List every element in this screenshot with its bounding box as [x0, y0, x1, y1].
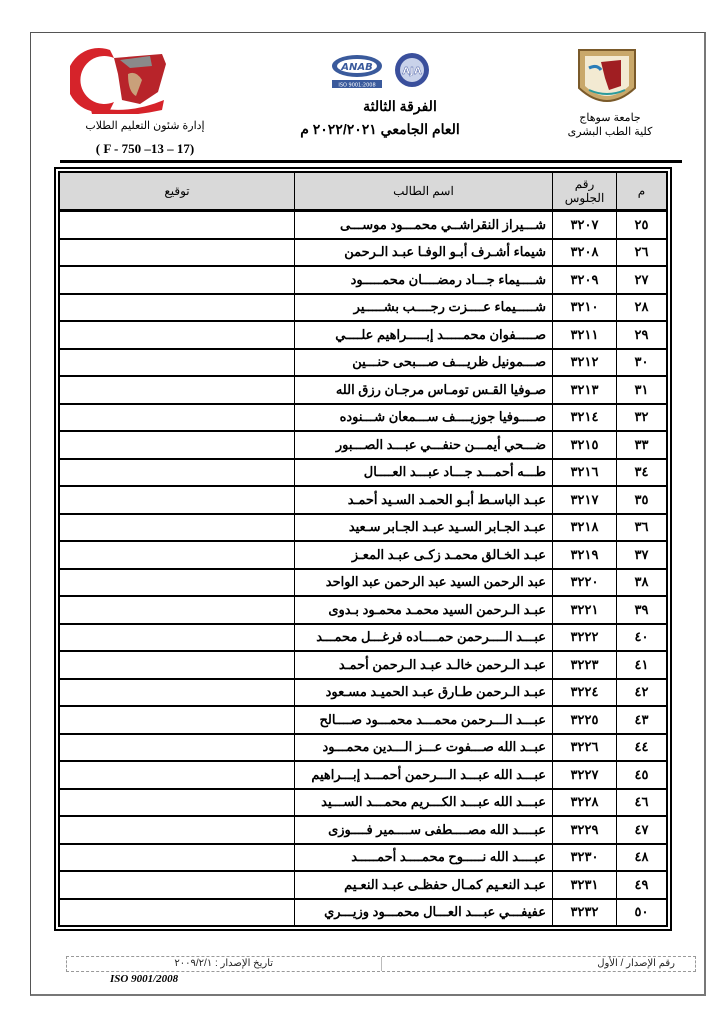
students-table: م رقم الجلوس اسم الطالب توقيع ٢٥٣٢٠٧شـــ… — [55, 168, 671, 930]
row-index: ٤٤ — [617, 734, 667, 762]
signature-cell[interactable] — [60, 486, 295, 514]
table-row: ٢٩٣٢١١صـــــفوان محمـــــد إبـــــراهيم … — [60, 321, 667, 349]
student-name: عبــد الله صـــفوت عـــز الـــدين محمـــ… — [295, 734, 553, 762]
seat-number: ٣٢١٧ — [553, 486, 617, 514]
seat-number: ٣٢٣٠ — [553, 844, 617, 872]
seat-number: ٣٢٠٨ — [553, 239, 617, 267]
signature-cell[interactable] — [60, 404, 295, 432]
signature-cell[interactable] — [60, 761, 295, 789]
student-name: عبـــد الله عبـــد الكـــريم محمـــد الس… — [295, 789, 553, 817]
department-name: إدارة شئون التعليم الطلاب — [60, 119, 230, 132]
table-row: ٥٠٣٢٣٢عفيفـــي عبـــد العـــال محمـــود … — [60, 899, 667, 926]
student-name: عبـد النعـيم كمـال حفظـى عبـد النعـيم — [295, 871, 553, 899]
student-name: ضـــحي أيمـــن حنفـــي عبـــد الصـــبور — [295, 431, 553, 459]
col-index-header: م — [617, 173, 667, 211]
svg-text:ANAB: ANAB — [340, 62, 372, 73]
row-index: ٢٦ — [617, 239, 667, 267]
student-name: عبـــد الــــرحمن حمــــاده فرغـــل محمـ… — [295, 624, 553, 652]
svg-text:جامعة سوهاج: جامعة سوهاج — [111, 46, 156, 55]
seat-number: ٣٢١١ — [553, 321, 617, 349]
svg-text:AJA: AJA — [402, 66, 421, 77]
seat-number: ٣٢١٤ — [553, 404, 617, 432]
signature-cell[interactable] — [60, 899, 295, 926]
seat-number: ٣٢١٩ — [553, 541, 617, 569]
signature-cell[interactable] — [60, 651, 295, 679]
university-seal — [571, 42, 643, 114]
student-name: عبـد الباسـط أبـو الحمـد السـيد أحمـد — [295, 486, 553, 514]
header-divider — [60, 160, 682, 163]
student-name: صــــوفيا جوزيــــف ســـمعان شـــنوده — [295, 404, 553, 432]
signature-cell[interactable] — [60, 734, 295, 762]
table-row: ٣٧٣٢١٩عبـد الخـالق محمـد زكـى عبـد المعـ… — [60, 541, 667, 569]
accreditation-badges: ANAB ISO 9001:2008 AJA — [330, 52, 440, 92]
table-row: ٣٨٣٢٢٠عبد الرحمن السيد عبد الرحمن عبد ال… — [60, 569, 667, 597]
seat-number: ٣٢٢٩ — [553, 816, 617, 844]
student-name: شـــيراز النقراشــي محمـــود موســـى — [295, 211, 553, 239]
table-row: ٤١٣٢٢٣عبـد الـرحمن خالـد عبـد الـرحمن أح… — [60, 651, 667, 679]
signature-cell[interactable] — [60, 349, 295, 377]
seat-number: ٣٢١٦ — [553, 459, 617, 487]
row-index: ٣٩ — [617, 596, 667, 624]
table-row: ٣٢٣٢١٤صــــوفيا جوزيــــف ســـمعان شـــن… — [60, 404, 667, 432]
signature-cell[interactable] — [60, 541, 295, 569]
iso-label: ISO 9001/2008 — [110, 973, 178, 985]
signature-cell[interactable] — [60, 294, 295, 322]
row-index: ٢٨ — [617, 294, 667, 322]
seat-number: ٣٢٢٦ — [553, 734, 617, 762]
seat-number: ٣٢٣١ — [553, 871, 617, 899]
student-name: صـــمونيل ظريـــف صـــبحى حنـــين — [295, 349, 553, 377]
student-name: عبـــد الله عبـــد الـــرحمن أحمـــد إبـ… — [295, 761, 553, 789]
seat-number: ٣٢٣٢ — [553, 899, 617, 926]
form-code: ( F - 750 –13 – 17) — [60, 141, 230, 157]
signature-cell[interactable] — [60, 239, 295, 267]
student-name: عبـد الجـابر السـيد عبـد الجـابر سـعيد — [295, 514, 553, 542]
signature-cell[interactable] — [60, 789, 295, 817]
row-index: ٣٥ — [617, 486, 667, 514]
row-index: ٤٥ — [617, 761, 667, 789]
student-name: عبــــد الله مصــــطفى ســــمير فــــوزى — [295, 816, 553, 844]
faculty-logo: جامعة سوهاج — [70, 44, 182, 114]
row-index: ٤٧ — [617, 816, 667, 844]
seat-number: ٣٢٢٥ — [553, 706, 617, 734]
seat-number: ٣٢١٨ — [553, 514, 617, 542]
row-index: ٢٥ — [617, 211, 667, 239]
document-footer: رقم الإصدار / الأول تاريخ الإصدار : ٢٠٠٩… — [66, 956, 696, 972]
seat-header-line1: رقم — [553, 177, 616, 191]
table-row: ٣١٣٢١٣صـوفيا القـس تومـاس مرجـان رزق الل… — [60, 376, 667, 404]
col-signature-header: توقيع — [60, 173, 295, 211]
seat-number: ٣٢٢١ — [553, 596, 617, 624]
seat-number: ٣٢١٢ — [553, 349, 617, 377]
row-index: ٣٦ — [617, 514, 667, 542]
row-index: ٤٩ — [617, 871, 667, 899]
row-index: ٢٧ — [617, 266, 667, 294]
seat-number: ٣٢٢٧ — [553, 761, 617, 789]
student-name: عبـد الـرحمن طـارق عبـد الحميـد مسـعود — [295, 679, 553, 707]
student-name: شـــــيماء عــــزت رجــــب بشـــــير — [295, 294, 553, 322]
row-index: ٣٢ — [617, 404, 667, 432]
seat-number: ٣٢١٠ — [553, 294, 617, 322]
table-row: ٤٨٣٢٣٠عبــــد الله نـــــوح محمــــد أحم… — [60, 844, 667, 872]
row-index: ٣١ — [617, 376, 667, 404]
issue-date: تاريخ الإصدار : ٢٠٠٩/٢/١ — [67, 957, 382, 971]
table-row: ٤٠٣٢٢٢عبـــد الــــرحمن حمــــاده فرغـــ… — [60, 624, 667, 652]
signature-cell[interactable] — [60, 596, 295, 624]
signature-cell[interactable] — [60, 266, 295, 294]
signature-cell[interactable] — [60, 871, 295, 899]
table-row: ٢٧٣٢٠٩شــــيماء جـــاد رمضــــان محمــــ… — [60, 266, 667, 294]
student-name: شيماء أشـرف أبـو الوفـا عبـد الـرحمن — [295, 239, 553, 267]
table-row: ٤٥٣٢٢٧عبـــد الله عبـــد الـــرحمن أحمــ… — [60, 761, 667, 789]
signature-cell[interactable] — [60, 459, 295, 487]
student-name: عفيفـــي عبـــد العـــال محمـــود وزيـــ… — [295, 899, 553, 926]
row-index: ٣٠ — [617, 349, 667, 377]
table-row: ٣٩٣٢٢١عبـد الـرحمن السيد محمـد محمـود بـ… — [60, 596, 667, 624]
table-row: ٤٩٣٢٣١عبـد النعـيم كمـال حفظـى عبـد النع… — [60, 871, 667, 899]
signature-cell[interactable] — [60, 321, 295, 349]
row-index: ٤٨ — [617, 844, 667, 872]
signature-cell[interactable] — [60, 431, 295, 459]
signature-cell[interactable] — [60, 569, 295, 597]
table-row: ٣٤٣٢١٦طـــه أحمـــد جـــاد عبـــد العـــ… — [60, 459, 667, 487]
class-level: الفرقة الثالثة — [300, 98, 500, 115]
svg-text:ISO 9001:2008: ISO 9001:2008 — [338, 83, 375, 89]
table-row: ٢٨٣٢١٠شـــــيماء عــــزت رجــــب بشـــــ… — [60, 294, 667, 322]
student-name: عبـد الخـالق محمـد زكـى عبـد المعـز — [295, 541, 553, 569]
seat-number: ٣٢١٣ — [553, 376, 617, 404]
signature-cell[interactable] — [60, 706, 295, 734]
row-index: ٢٩ — [617, 321, 667, 349]
signature-cell[interactable] — [60, 624, 295, 652]
signature-cell[interactable] — [60, 816, 295, 844]
table-header-row: م رقم الجلوس اسم الطالب توقيع — [60, 173, 667, 211]
student-name: صـــــفوان محمـــــد إبـــــراهيم علــــ… — [295, 321, 553, 349]
seat-number: ٣٢٢٢ — [553, 624, 617, 652]
student-name: عبــــد الله نـــــوح محمــــد أحمـــــد — [295, 844, 553, 872]
table-row: ٤٦٣٢٢٨عبـــد الله عبـــد الكـــريم محمــ… — [60, 789, 667, 817]
seat-number: ٣٢١٥ — [553, 431, 617, 459]
row-index: ٤١ — [617, 651, 667, 679]
signature-cell[interactable] — [60, 211, 295, 239]
university-name: جامعة سوهاج — [560, 111, 660, 124]
seat-number: ٣٢٢٠ — [553, 569, 617, 597]
student-name: شــــيماء جـــاد رمضــــان محمـــــود — [295, 266, 553, 294]
table-row: ٣٥٣٢١٧عبـد الباسـط أبـو الحمـد السـيد أح… — [60, 486, 667, 514]
student-name: عبـد الـرحمن خالـد عبـد الـرحمن أحمـد — [295, 651, 553, 679]
row-index: ٣٧ — [617, 541, 667, 569]
row-index: ٣٨ — [617, 569, 667, 597]
row-index: ٣٣ — [617, 431, 667, 459]
row-index: ٤٦ — [617, 789, 667, 817]
seat-number: ٣٢٢٣ — [553, 651, 617, 679]
student-name: عبـــد الـــرحمن محمـــد محمـــود صــــا… — [295, 706, 553, 734]
table-row: ٤٢٣٢٢٤عبـد الـرحمن طـارق عبـد الحميـد مس… — [60, 679, 667, 707]
student-name: طـــه أحمـــد جـــاد عبـــد العــــال — [295, 459, 553, 487]
row-index: ٤٣ — [617, 706, 667, 734]
seat-header-line2: الجلوس — [553, 191, 616, 205]
signature-cell[interactable] — [60, 844, 295, 872]
academic-year: العام الجامعي ٢٠٢٢/٢٠٢١ م — [250, 121, 510, 138]
table-row: ٣٠٣٢١٢صـــمونيل ظريـــف صـــبحى حنـــين — [60, 349, 667, 377]
table-row: ٣٣٣٢١٥ضـــحي أيمـــن حنفـــي عبـــد الصـ… — [60, 431, 667, 459]
row-index: ٥٠ — [617, 899, 667, 926]
table-row: ٣٦٣٢١٨عبـد الجـابر السـيد عبـد الجـابر س… — [60, 514, 667, 542]
student-name: صـوفيا القـس تومـاس مرجـان رزق الله — [295, 376, 553, 404]
seat-number: ٣٢٠٧ — [553, 211, 617, 239]
row-index: ٤٠ — [617, 624, 667, 652]
col-name-header: اسم الطالب — [295, 173, 553, 211]
table-row: ٤٣٣٢٢٥عبـــد الـــرحمن محمـــد محمـــود … — [60, 706, 667, 734]
col-seat-header: رقم الجلوس — [553, 173, 617, 211]
faculty-name: كلية الطب البشرى — [550, 125, 670, 138]
issue-number: رقم الإصدار / الأول — [382, 957, 696, 971]
seat-number: ٣٢٠٩ — [553, 266, 617, 294]
seat-number: ٣٢٢٨ — [553, 789, 617, 817]
table-row: ٤٤٣٢٢٦عبــد الله صـــفوت عـــز الـــدين … — [60, 734, 667, 762]
student-name: عبـد الـرحمن السيد محمـد محمـود بـدوى — [295, 596, 553, 624]
signature-cell[interactable] — [60, 376, 295, 404]
row-index: ٣٤ — [617, 459, 667, 487]
student-name: عبد الرحمن السيد عبد الرحمن عبد الواحد — [295, 569, 553, 597]
table-row: ٤٧٣٢٢٩عبــــد الله مصــــطفى ســــمير فـ… — [60, 816, 667, 844]
table-row: ٢٥٣٢٠٧شـــيراز النقراشــي محمـــود موســ… — [60, 211, 667, 239]
signature-cell[interactable] — [60, 679, 295, 707]
row-index: ٤٢ — [617, 679, 667, 707]
seat-number: ٣٢٢٤ — [553, 679, 617, 707]
table-row: ٢٦٣٢٠٨شيماء أشـرف أبـو الوفـا عبـد الـرح… — [60, 239, 667, 267]
signature-cell[interactable] — [60, 514, 295, 542]
